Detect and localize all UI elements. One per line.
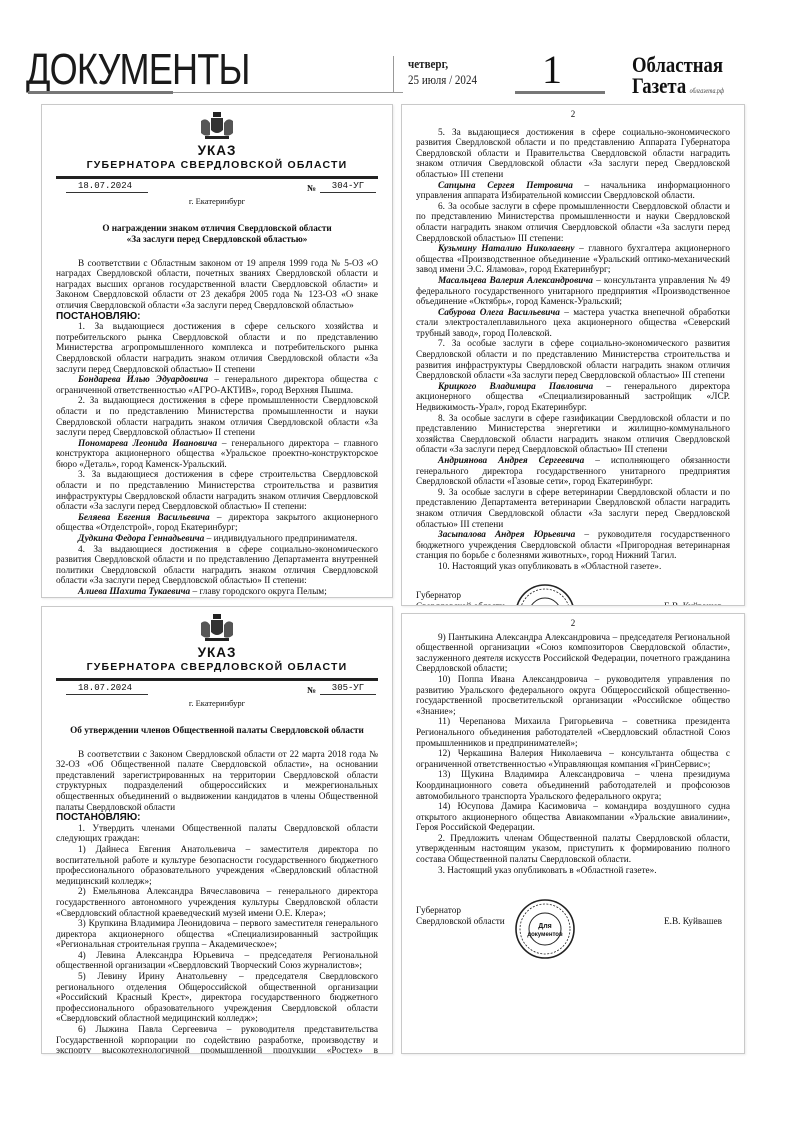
decree-paragraph: 3. Настоящий указ опубликовать в «Област… — [416, 866, 730, 877]
logo-line-2: Газета — [632, 73, 686, 98]
decree-body: В соответствии с Областным законом от 19… — [56, 259, 378, 598]
recipient-name: Масальцева Валерия Александровича — [438, 276, 593, 286]
issue-weekday: четверг, — [408, 56, 477, 72]
decree-paragraph: 10) Поппа Ивана Александровича – руковод… — [416, 675, 730, 717]
award-recipient: Крицкого Владимира Павловича – генеральн… — [416, 382, 730, 414]
paragraph-text: 6. За особые заслуги в сфере промышленно… — [416, 202, 730, 244]
decree-304-page-1: УКАЗ ГУБЕРНАТОРА СВЕРДЛОВСКОЙ ОБЛАСТИ 18… — [41, 104, 393, 598]
decree-title: УКАЗ — [56, 645, 378, 660]
decree-paragraph: 1. Утвердить членами Общественной палаты… — [56, 824, 378, 845]
paragraph-text: 14) Юсупова Дамира Касимовича – командир… — [416, 802, 730, 833]
decree-paragraph: 13) Щукина Владимира Александровича – чл… — [416, 770, 730, 802]
decree-paragraph: 5) Левину Ирину Анатольевну – председате… — [56, 972, 378, 1025]
paragraph-text: 2) Емельянова Александра Вячеславовича –… — [56, 887, 378, 918]
decree-word: ПОСТАНОВЛЯЮ: — [56, 813, 378, 824]
decree-paragraph: 10. Настоящий указ опубликовать в «Облас… — [416, 562, 730, 573]
recipient-name: Сапцына Сергея Петровича — [438, 181, 573, 191]
paragraph-text: – главу городского округа Пелым; — [190, 587, 327, 597]
official-stamp-icon: Для документов — [514, 898, 576, 960]
decree-paragraph: 3. За выдающиеся достижения в сфере стро… — [56, 470, 378, 512]
decree-paragraph: 6. За особые заслуги в сфере промышленно… — [416, 202, 730, 244]
decree-date: 18.07.2024 — [66, 683, 148, 695]
section-rule — [28, 91, 173, 94]
decree-paragraph: 4) Левина Александра Юрьевича – председа… — [56, 951, 378, 972]
paragraph-text: 5) Левину Ирину Анатольевну – председате… — [56, 972, 378, 1024]
decree-heading-line-2: «За заслуги перед Свердловской областью» — [56, 234, 378, 245]
decree-305-page-2: 2 9) Пантыкина Александра Александровича… — [401, 613, 745, 1054]
decree-paragraph: 1. За выдающиеся достижения в сфере сель… — [56, 322, 378, 375]
section-rule-thin — [173, 92, 403, 93]
paragraph-text: 1) Дайнеса Евгения Анатольевича – замест… — [56, 845, 378, 887]
decree-body: 5. За выдающиеся достижения в сфере соци… — [416, 128, 730, 573]
recipient-name: Засыпалова Андрея Юрьевича — [438, 530, 575, 540]
decree-paragraph: 12) Черкашина Валерия Николаевича – конс… — [416, 749, 730, 770]
page-label: 2 — [416, 618, 730, 629]
paragraph-text: 3. За выдающиеся достижения в сфере стро… — [56, 470, 378, 512]
recipient-name: Беляева Евгения Васильевича — [78, 513, 210, 523]
paragraph-text: 4) Левина Александра Юрьевича – председа… — [56, 951, 378, 972]
signature-block: Губернатор Свердловской области Для доку… — [416, 591, 730, 606]
award-recipient: Кузьмину Наталию Николаевну – главного б… — [416, 244, 730, 276]
preamble: В соответствии с Законом Свердловской об… — [56, 750, 378, 814]
masthead: ДОКУМЕНТЫ четверг, 25 июля / 2024 1 Обла… — [0, 0, 800, 100]
decree-305-page-1: УКАЗ ГУБЕРНАТОРА СВЕРДЛОВСКОЙ ОБЛАСТИ 18… — [41, 606, 393, 1054]
section-title: ДОКУМЕНТЫ — [26, 48, 250, 92]
decree-304-page-2: 2 5. За выдающиеся достижения в сфере со… — [401, 104, 745, 606]
decree-items: 5. За выдающиеся достижения в сфере соци… — [416, 128, 730, 573]
award-recipient: Сапцына Сергея Петровича – начальника ин… — [416, 181, 730, 202]
decree-paragraph: 1) Дайнеса Евгения Анатольевича – замест… — [56, 845, 378, 887]
decree-items: 9) Пантыкина Александра Александровича –… — [416, 633, 730, 877]
decree-heading-line-1: Об утверждении членов Общественной палат… — [56, 725, 378, 736]
decree-title: УКАЗ — [56, 143, 378, 158]
paragraph-text: 7. За особые заслуги в сфере социально-э… — [416, 339, 730, 381]
decree-paragraph: 2. Предложить членам Общественной палаты… — [416, 834, 730, 866]
header-rule — [56, 678, 378, 681]
signatory-role-line-1: Губернатор — [416, 591, 505, 602]
number-label: № — [307, 183, 316, 194]
logo-line-1: Областная — [632, 54, 724, 75]
paragraph-text: 9) Пантыкина Александра Александровича –… — [416, 633, 730, 675]
signatory-role: Губернатор Свердловской области — [416, 906, 505, 928]
preamble: В соответствии с Областным законом от 19… — [56, 259, 378, 312]
paragraph-text: 10) Поппа Ивана Александровича – руковод… — [416, 675, 730, 717]
page-label: 2 — [416, 109, 730, 120]
recipient-name: Алиева Шахита Тукаевича — [78, 587, 190, 597]
award-recipient: Сабурова Олега Васильевича – мастера уча… — [416, 308, 730, 340]
paragraph-text: 1. Утвердить членами Общественной палаты… — [56, 824, 378, 845]
decree-city: г. Екатеринбург — [56, 698, 378, 709]
decree-issuer: ГУБЕРНАТОРА СВЕРДЛОВСКОЙ ОБЛАСТИ — [56, 159, 378, 172]
decree-paragraph: 9) Пантыкина Александра Александровича –… — [416, 633, 730, 675]
recipient-name: Сабурова Олега Васильевича — [438, 308, 560, 318]
logo-url: облгазета.рф — [690, 87, 725, 95]
signatory-name: Е.В. Куйвашев — [664, 602, 722, 606]
issue-date: четверг, 25 июля / 2024 — [408, 56, 477, 88]
decree-items: 1. Утвердить членами Общественной палаты… — [56, 824, 378, 1054]
decree-paragraph: 8. За особые заслуги в сфере газификации… — [416, 414, 730, 456]
decree-paragraph: 14) Юсупова Дамира Касимовича – командир… — [416, 802, 730, 834]
recipient-name: Кузьмину Наталию Николаевну — [438, 244, 574, 254]
award-recipient: Алиева Шахита Тукаевича – главу городско… — [56, 587, 378, 598]
decree-paragraph: 2) Емельянова Александра Вячеславовича –… — [56, 887, 378, 919]
issue-date-text: 25 июля / 2024 — [408, 72, 477, 88]
newspaper-logo: Областная Газетаоблгазета.рф — [632, 54, 724, 102]
paragraph-text: 2. За выдающиеся достижения в сфере пром… — [56, 396, 378, 438]
award-recipient: Засыпалова Андрея Юрьевича – руководител… — [416, 530, 730, 562]
page-number-rule — [515, 91, 605, 94]
decree-paragraph: 3) Крупкина Владимира Леонидовича – перв… — [56, 919, 378, 951]
award-recipient: Бондарева Илью Эдуардовича – генеральног… — [56, 375, 378, 396]
number-label: № — [307, 685, 316, 696]
decree-heading-line-1: О награждении знаком отличия Свердловско… — [56, 223, 378, 234]
paragraph-text: 9. За особые заслуги в сфере ветеринарии… — [416, 488, 730, 530]
recipient-name: Крицкого Владимира Павловича — [438, 382, 593, 392]
decree-heading: О награждении знаком отличия Свердловско… — [56, 223, 378, 245]
recipient-name: Бондарева Илью Эдуардовича — [78, 375, 208, 385]
award-recipient: Беляева Евгения Васильевича – директора … — [56, 513, 378, 534]
signature-block: Губернатор Свердловской области Для доку… — [416, 906, 730, 976]
signatory-name: Е.В. Куйвашев — [664, 917, 722, 928]
decree-number: 304-УГ — [320, 181, 376, 193]
svg-text:документов: документов — [527, 932, 563, 938]
award-recipient: Андриянова Андрея Сергеевича – исполняющ… — [416, 456, 730, 488]
svg-text:Для: Для — [538, 923, 552, 930]
decree-city: г. Екатеринбург — [56, 196, 378, 207]
decree-paragraph: 2. За выдающиеся достижения в сфере пром… — [56, 396, 378, 438]
award-recipient: Дудкина Федора Геннадьевича – индивидуал… — [56, 534, 378, 545]
decree-body: 9) Пантыкина Александра Александровича –… — [416, 633, 730, 877]
paragraph-text: 2. Предложить членам Общественной палаты… — [416, 834, 730, 865]
decree-paragraph: 7. За особые заслуги в сфере социально-э… — [416, 339, 730, 381]
vertical-divider — [393, 56, 394, 92]
signatory-role-line-2: Свердловской области — [416, 917, 505, 928]
paragraph-text: 4. За выдающиеся достижения в сфере соци… — [56, 545, 378, 587]
paragraph-text: 3) Крупкина Владимира Леонидовича – перв… — [56, 919, 378, 950]
signatory-role: Губернатор Свердловской области — [416, 591, 505, 606]
coat-of-arms-icon — [197, 111, 237, 141]
recipient-name: Андриянова Андрея Сергеевича — [438, 456, 584, 466]
paragraph-text: 3. Настоящий указ опубликовать в «Област… — [438, 866, 657, 876]
coat-of-arms-icon — [197, 613, 237, 643]
recipient-name: Дудкина Федора Геннадьевича — [78, 534, 204, 544]
decree-heading: Об утверждении членов Общественной палат… — [56, 725, 378, 736]
paragraph-text: 11) Черепанова Михаила Григорьевича – со… — [416, 717, 730, 748]
paragraph-text: 1. За выдающиеся достижения в сфере сель… — [56, 322, 378, 374]
decree-paragraph: 9. За особые заслуги в сфере ветеринарии… — [416, 488, 730, 530]
paragraph-text: 13) Щукина Владимира Александровича – чл… — [416, 770, 730, 801]
award-recipient: Пономарева Леонида Ивановича – генеральн… — [56, 439, 378, 471]
decree-body: В соответствии с Законом Свердловской об… — [56, 750, 378, 1054]
decree-number: 305-УГ — [320, 683, 376, 695]
signatory-role-line-2: Свердловской области — [416, 602, 505, 606]
paragraph-text: 10. Настоящий указ опубликовать в «Облас… — [438, 562, 661, 572]
page-number: 1 — [542, 50, 562, 90]
paragraph-text: 8. За особые заслуги в сфере газификации… — [416, 414, 730, 456]
recipient-name: Пономарева Леонида Ивановича — [78, 439, 217, 449]
decree-paragraph: 6) Лыжина Павла Сергеевича – руководител… — [56, 1025, 378, 1054]
decree-issuer: ГУБЕРНАТОРА СВЕРДЛОВСКОЙ ОБЛАСТИ — [56, 661, 378, 674]
official-stamp-icon: Для документов — [514, 583, 576, 606]
paragraph-text: 6) Лыжина Павла Сергеевича – руководител… — [56, 1025, 378, 1054]
decree-word: ПОСТАНОВЛЯЮ: — [56, 312, 378, 323]
paragraph-text: 5. За выдающиеся достижения в сфере соци… — [416, 128, 730, 180]
decree-paragraph: 11) Черепанова Михаила Григорьевича – со… — [416, 717, 730, 749]
decree-paragraph: 5. За выдающиеся достижения в сфере соци… — [416, 128, 730, 181]
decree-items: 1. За выдающиеся достижения в сфере сель… — [56, 322, 378, 598]
paragraph-text: – индивидуального предпринимателя. — [204, 534, 357, 544]
award-recipient: Масальцева Валерия Александровича – конс… — [416, 276, 730, 308]
decree-date: 18.07.2024 — [66, 181, 148, 193]
signatory-role-line-1: Губернатор — [416, 906, 505, 917]
paragraph-text: 12) Черкашина Валерия Николаевича – конс… — [416, 749, 730, 770]
decree-paragraph: 4. За выдающиеся достижения в сфере соци… — [56, 545, 378, 587]
header-rule — [56, 176, 378, 179]
